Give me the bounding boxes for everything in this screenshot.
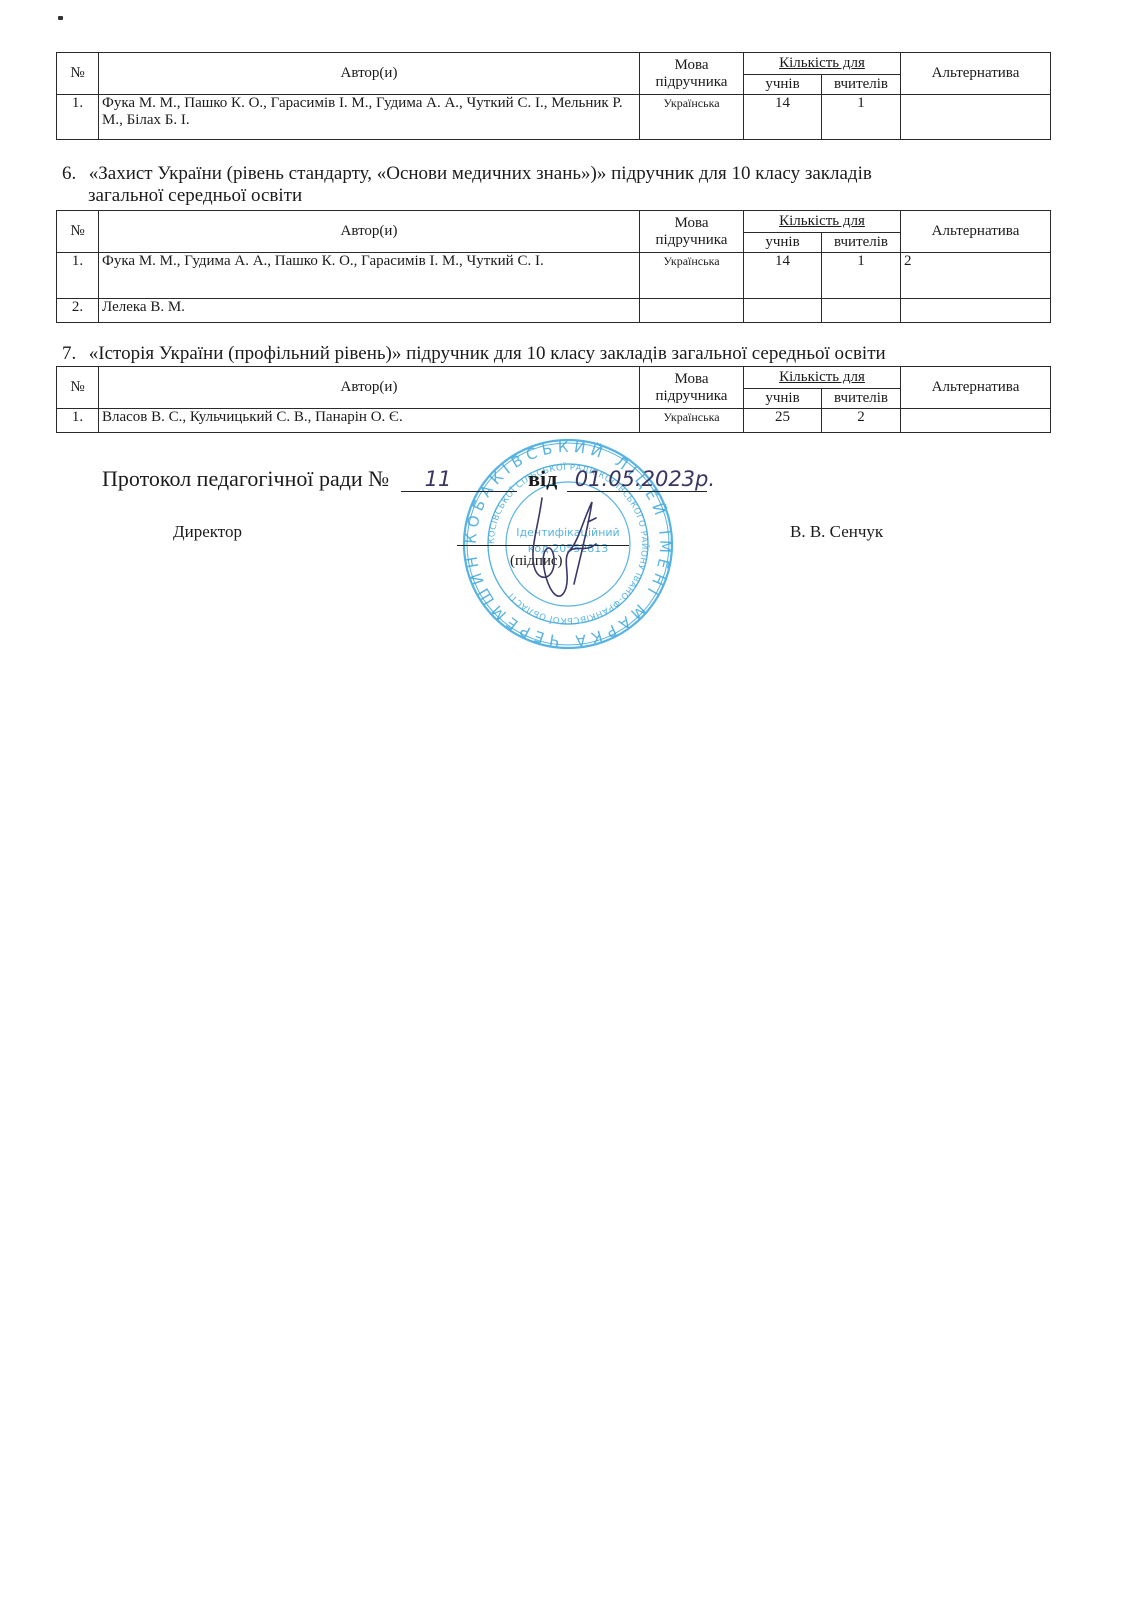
handwritten-signature — [500, 488, 630, 608]
header-num: № — [57, 367, 99, 409]
header-teachers: вчителів — [822, 389, 901, 409]
header-authors: Автор(и) — [99, 367, 640, 409]
table-row: 1. Фука М. М., Пашко К. О., Гарасимів І.… — [57, 95, 1051, 140]
table-row: 1. Фука М. М., Гудима А. А., Пашко К. О.… — [57, 253, 1051, 299]
director-title: Директор — [173, 522, 242, 542]
section-7-heading: 7. «Історія України (профільний рівень)»… — [62, 343, 1054, 365]
header-num: № — [57, 211, 99, 253]
header-language: Мовапідручника — [640, 211, 744, 253]
header-authors: Автор(и) — [99, 211, 640, 253]
textbook-table-section-7: № Автор(и) Мовапідручника Кількість для … — [56, 366, 1051, 433]
header-students: учнів — [744, 389, 822, 409]
header-num: № — [57, 53, 99, 95]
header-alternative: Альтернатива — [901, 53, 1051, 95]
header-count-for: Кількість для — [744, 211, 901, 233]
header-authors: Автор(и) — [99, 53, 640, 95]
textbook-table-section-6: № Автор(и) Мовапідручника Кількість для … — [56, 210, 1051, 323]
header-count-for: Кількість для — [744, 53, 901, 75]
header-count-for: Кількість для — [744, 367, 901, 389]
header-alternative: Альтернатива — [901, 211, 1051, 253]
director-name: В. В. Сенчук — [790, 522, 883, 542]
table-row: 2. Лелека В. М. — [57, 299, 1051, 323]
section-6-heading: 6. «Захист України (рівень стандарту, «О… — [62, 163, 1054, 207]
scan-artifact — [58, 16, 63, 20]
header-teachers: вчителів — [822, 233, 901, 253]
header-students: учнів — [744, 75, 822, 95]
header-alternative: Альтернатива — [901, 367, 1051, 409]
table-row: 1. Власов В. С., Кульчицький С. В., Пана… — [57, 409, 1051, 433]
header-language: Мовапідручника — [640, 367, 744, 409]
textbook-table-continued: № Автор(и) Мовапідручника Кількість для … — [56, 52, 1051, 140]
protocol-label: Протокол педагогічної ради № — [102, 466, 389, 491]
header-language: Мовапідручника — [640, 53, 744, 95]
header-teachers: вчителів — [822, 75, 901, 95]
header-students: учнів — [744, 233, 822, 253]
